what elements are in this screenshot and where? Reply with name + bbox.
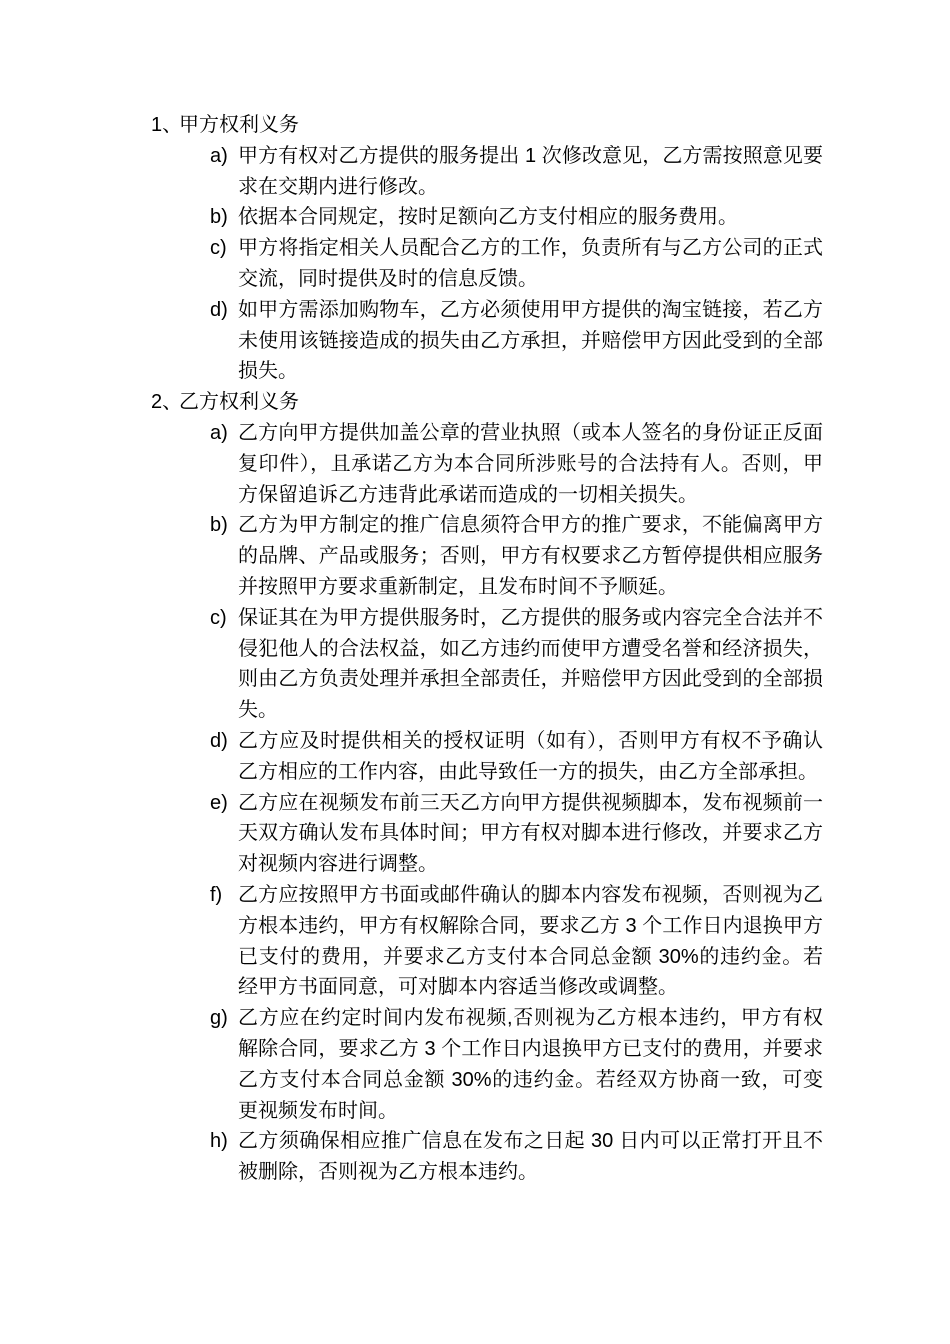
item-marker: c) <box>210 233 227 264</box>
list-item: h) 乙方须确保相应推广信息在发布之日起 30 日内可以正常打开且不被删除，否则… <box>151 1126 823 1188</box>
section-2: 2、乙方权利义务 a) 乙方向甲方提供加盖公章的营业执照（或本人签名的身份证正反… <box>151 387 823 1188</box>
list-item: b) 乙方为甲方制定的推广信息须符合甲方的推广要求，不能偏离甲方的品牌、产品或服… <box>151 510 823 602</box>
item-marker: a) <box>210 418 228 449</box>
section-2-heading: 2、乙方权利义务 <box>151 387 823 418</box>
item-text: 保证其在为甲方提供服务时，乙方提供的服务或内容完全合法并不侵犯他人的合法权益，如… <box>238 607 823 721</box>
list-item: a) 乙方向甲方提供加盖公章的营业执照（或本人签名的身份证正反面复印件），且承诺… <box>151 418 823 510</box>
item-text: 如甲方需添加购物车，乙方必须使用甲方提供的淘宝链接，若乙方未使用该链接造成的损失… <box>238 299 823 383</box>
item-text: 乙方为甲方制定的推广信息须符合甲方的推广要求，不能偏离甲方的品牌、产品或服务；否… <box>238 514 823 598</box>
list-item: c) 保证其在为甲方提供服务时，乙方提供的服务或内容完全合法并不侵犯他人的合法权… <box>151 603 823 726</box>
list-item: f) 乙方应按照甲方书面或邮件确认的脚本内容发布视频，否则视为乙方根本违约，甲方… <box>151 880 823 1003</box>
list-item: c) 甲方将指定相关人员配合乙方的工作，负责所有与乙方公司的正式交流，同时提供及… <box>151 233 823 295</box>
list-item: g) 乙方应在约定时间内发布视频,否则视为乙方根本违约，甲方有权解除合同，要求乙… <box>151 1003 823 1126</box>
list-item: d) 如甲方需添加购物车，乙方必须使用甲方提供的淘宝链接，若乙方未使用该链接造成… <box>151 295 823 387</box>
item-text: 甲方将指定相关人员配合乙方的工作，负责所有与乙方公司的正式交流，同时提供及时的信… <box>238 237 823 290</box>
item-text: 乙方应按照甲方书面或邮件确认的脚本内容发布视频，否则视为乙方根本违约，甲方有权解… <box>238 884 823 998</box>
item-marker: f) <box>210 880 222 911</box>
item-marker: a) <box>210 141 228 172</box>
section-1-heading: 1、甲方权利义务 <box>151 110 823 141</box>
list-item: d) 乙方应及时提供相关的授权证明（如有），否则甲方有权不予确认乙方相应的工作内… <box>151 726 823 788</box>
section-title: 甲方权利义务 <box>179 114 299 136</box>
item-text: 乙方应在约定时间内发布视频,否则视为乙方根本违约，甲方有权解除合同，要求乙方 3… <box>238 1007 823 1121</box>
item-marker: d) <box>210 726 228 757</box>
item-marker: e) <box>210 788 228 819</box>
item-text: 乙方应在视频发布前三天乙方向甲方提供视频脚本，发布视频前一天双方确认发布具体时间… <box>238 792 823 876</box>
document-page: 1、甲方权利义务 a) 甲方有权对乙方提供的服务提出 1 次修改意见，乙方需按照… <box>0 0 950 1344</box>
item-marker: b) <box>210 202 228 233</box>
item-text: 乙方须确保相应推广信息在发布之日起 30 日内可以正常打开且不被删除，否则视为乙… <box>238 1130 823 1183</box>
list-item: b) 依据本合同规定，按时足额向乙方支付相应的服务费用。 <box>151 202 823 233</box>
item-marker: b) <box>210 510 228 541</box>
item-text: 乙方应及时提供相关的授权证明（如有），否则甲方有权不予确认乙方相应的工作内容，由… <box>238 730 823 783</box>
document-content: 1、甲方权利义务 a) 甲方有权对乙方提供的服务提出 1 次修改意见，乙方需按照… <box>151 110 823 1188</box>
section-number: 1、 <box>151 110 179 141</box>
item-text: 依据本合同规定，按时足额向乙方支付相应的服务费用。 <box>238 206 738 228</box>
section-title: 乙方权利义务 <box>179 391 299 413</box>
list-item: e) 乙方应在视频发布前三天乙方向甲方提供视频脚本，发布视频前一天双方确认发布具… <box>151 788 823 880</box>
item-text: 甲方有权对乙方提供的服务提出 1 次修改意见，乙方需按照意见要求在交期内进行修改… <box>238 145 823 198</box>
section-1: 1、甲方权利义务 a) 甲方有权对乙方提供的服务提出 1 次修改意见，乙方需按照… <box>151 110 823 387</box>
item-marker: d) <box>210 295 228 326</box>
section-number: 2、 <box>151 387 179 418</box>
item-marker: c) <box>210 603 227 634</box>
item-marker: h) <box>210 1126 228 1157</box>
list-item: a) 甲方有权对乙方提供的服务提出 1 次修改意见，乙方需按照意见要求在交期内进… <box>151 141 823 203</box>
item-text: 乙方向甲方提供加盖公章的营业执照（或本人签名的身份证正反面复印件），且承诺乙方为… <box>238 422 823 506</box>
item-marker: g) <box>210 1003 228 1034</box>
